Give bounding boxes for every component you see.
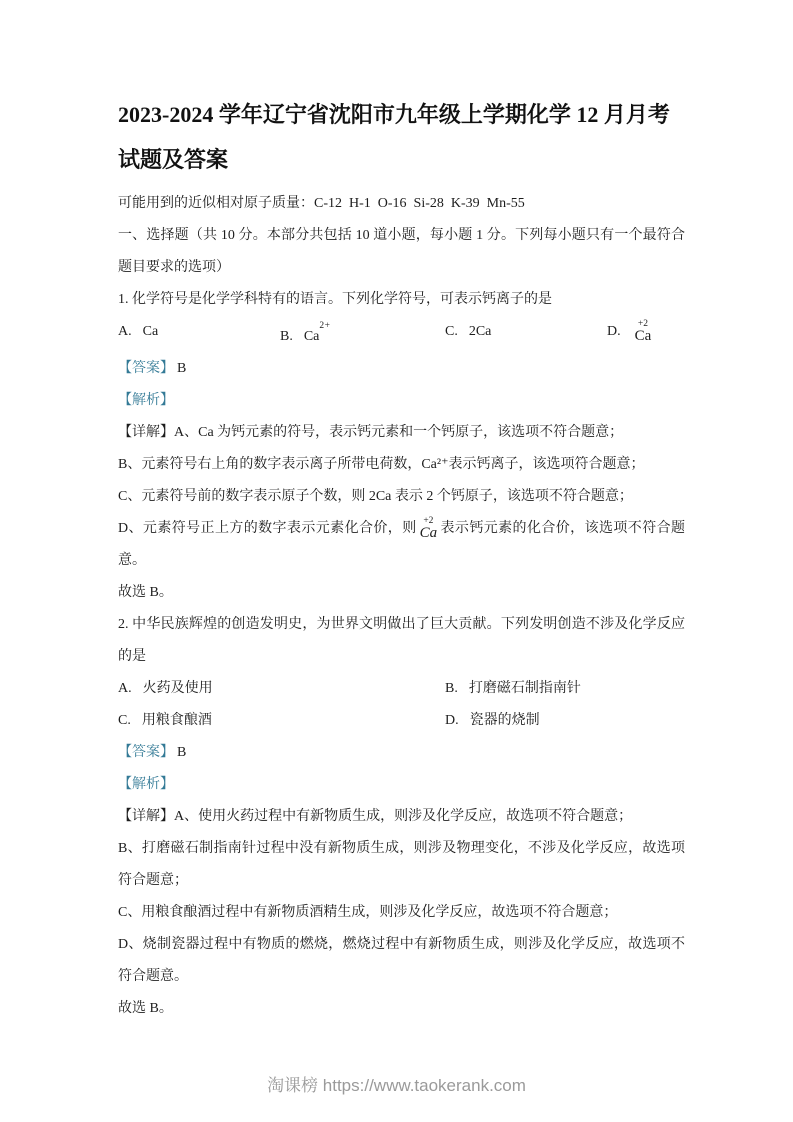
- q1-option-a-label: A.: [118, 316, 132, 348]
- atomic-mass-note: 可能用到的近似相对原子质量：C-12 H-1 O-16 Si-28 K-39 M…: [118, 188, 685, 220]
- q1-detail-d-text-before: D、元素符号正上方的数字表示元素化合价，则: [118, 521, 417, 536]
- q1-detail-b: B、元素符号右上角的数字表示离子所带电荷数，Ca²⁺表示钙离子，该选项符合题意；: [118, 449, 685, 481]
- q2-option-b-text: 打磨磁石制指南针: [469, 681, 581, 696]
- q1-detail-d-element: Ca: [420, 526, 438, 541]
- q1-analysis-label: 【解析】: [118, 393, 174, 408]
- section-header: 一、选择题（共 10 分。本部分共包括 10 道小题，每小题 1 分。下列每小题…: [118, 220, 685, 284]
- q2-option-a-label: A.: [118, 673, 132, 705]
- q1-detail-d-valence-formula: +2Ca: [420, 517, 438, 541]
- q2-detail-a: 【详解】A、使用火药过程中有新物质生成，则涉及化学反应，故选项不符合题意；: [118, 801, 685, 833]
- q1-answer-value: B: [177, 361, 186, 376]
- doc-title-line2: 试题及答案: [118, 137, 685, 182]
- q2-option-a-text: 火药及使用: [143, 681, 213, 696]
- q1-option-b-superscript: 2+: [319, 321, 330, 331]
- q2-option-b-label: B.: [445, 673, 458, 705]
- q1-answer-line: 【答案】B: [118, 353, 685, 385]
- q2-option-c: C.用粮食酿酒: [118, 705, 445, 737]
- q1-conclusion: 故选 B。: [118, 577, 685, 609]
- q1-detail-a: 【详解】A、Ca 为钙元素的符号，表示钙元素和一个钙原子，该选项不符合题意；: [118, 417, 685, 449]
- q2-answer-line: 【答案】B: [118, 737, 685, 769]
- q1-option-c-label: C.: [445, 316, 458, 348]
- q1-option-b: B.Ca2+: [280, 316, 445, 353]
- question-2-block: 2. 中华民族辉煌的创造发明史，为世界文明做出了巨大贡献。下列发明创造不涉及化学…: [118, 609, 685, 1025]
- q2-detail-b: B、打磨磁石制指南针过程中没有新物质生成，则涉及物理变化，不涉及化学反应，故选项…: [118, 833, 685, 897]
- q1-analysis-line: 【解析】: [118, 385, 685, 417]
- question-2-options-row-2: C.用粮食酿酒 D.瓷器的烧制: [118, 705, 685, 737]
- watermark-footer: 淘课榜 https://www.taokerank.com: [0, 1071, 793, 1096]
- q2-option-b: B.打磨磁石制指南针: [445, 673, 581, 705]
- q2-option-a: A.火药及使用: [118, 673, 445, 705]
- q1-answer-label: 【答案】: [118, 361, 174, 376]
- q1-option-b-base: Ca: [304, 329, 320, 344]
- q2-option-d: D.瓷器的烧制: [445, 705, 540, 737]
- question-1-stem: 1. 化学符号是化学学科特有的语言。下列化学符号，可表示钙离子的是: [118, 284, 685, 316]
- q2-answer-label: 【答案】: [118, 745, 174, 760]
- q2-analysis-label: 【解析】: [118, 777, 174, 792]
- doc-title-line1: 2023-2024 学年辽宁省沈阳市九年级上学期化学 12 月月考: [118, 92, 685, 137]
- q1-option-a-text: Ca: [143, 324, 159, 339]
- question-2-stem: 2. 中华民族辉煌的创造发明史，为世界文明做出了巨大贡献。下列发明创造不涉及化学…: [118, 609, 685, 673]
- q1-option-d-label: D.: [607, 316, 621, 348]
- q1-option-b-formula: Ca2+: [304, 329, 331, 344]
- question-1-block: 1. 化学符号是化学学科特有的语言。下列化学符号，可表示钙离子的是 A.Ca B…: [118, 284, 685, 609]
- q1-option-c: C.2Ca: [445, 316, 607, 353]
- question-1-options-row: A.Ca B.Ca2+ C.2Ca D.+2Ca: [118, 316, 685, 353]
- q1-option-d-element: Ca: [635, 329, 652, 344]
- q1-option-d-valence-formula: +2Ca: [635, 320, 652, 344]
- q2-detail-c: C、用粮食酿酒过程中有新物质酒精生成，则涉及化学反应，故选项不符合题意；: [118, 897, 685, 929]
- q2-option-c-text: 用粮食酿酒: [142, 713, 212, 728]
- doc-title: 2023-2024 学年辽宁省沈阳市九年级上学期化学 12 月月考 试题及答案: [118, 92, 685, 182]
- q1-option-a: A.Ca: [118, 316, 280, 353]
- q2-answer-value: B: [177, 745, 186, 760]
- q1-detail-d: D、元素符号正上方的数字表示元素化合价，则+2Ca表示钙元素的化合价，该选项不符…: [118, 513, 685, 577]
- q2-option-d-text: 瓷器的烧制: [470, 713, 540, 728]
- document-content: 2023-2024 学年辽宁省沈阳市九年级上学期化学 12 月月考 试题及答案 …: [118, 92, 685, 1025]
- q1-option-b-label: B.: [280, 321, 293, 353]
- q2-option-c-label: C.: [118, 705, 131, 737]
- q1-option-c-text: 2Ca: [469, 324, 492, 339]
- question-2-options-row-1: A.火药及使用 B.打磨磁石制指南针: [118, 673, 685, 705]
- q1-detail-c: C、元素符号前的数字表示原子个数，则 2Ca 表示 2 个钙原子，该选项不符合题…: [118, 481, 685, 513]
- q2-detail-d: D、烧制瓷器过程中有物质的燃烧，燃烧过程中有新物质生成，则涉及化学反应，故选项不…: [118, 929, 685, 993]
- exam-document-page: 2023-2024 学年辽宁省沈阳市九年级上学期化学 12 月月考 试题及答案 …: [0, 0, 793, 1122]
- q1-option-d: D.+2Ca: [607, 316, 654, 353]
- q2-analysis-line: 【解析】: [118, 769, 685, 801]
- q2-conclusion: 故选 B。: [118, 993, 685, 1025]
- q2-option-d-label: D.: [445, 705, 459, 737]
